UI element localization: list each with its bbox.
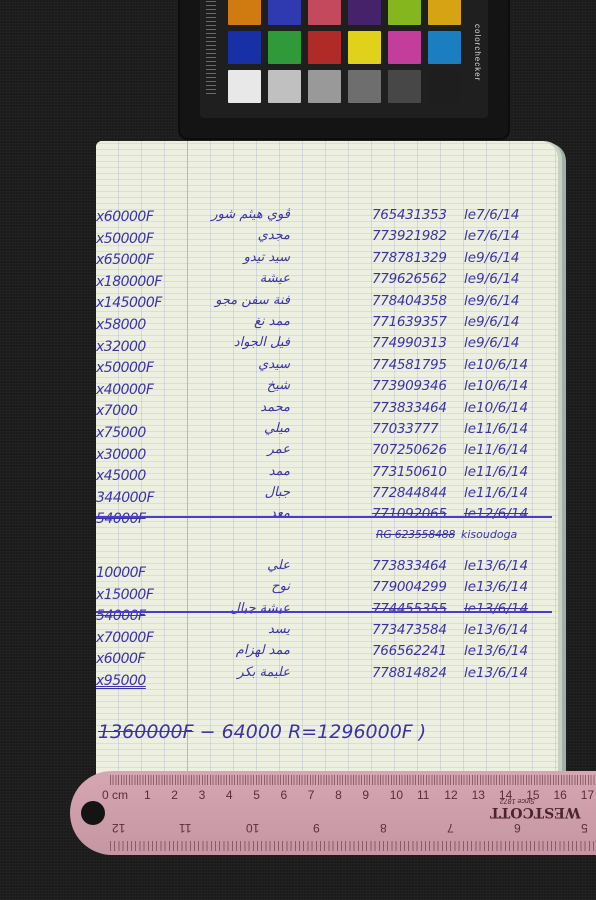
entry-spacer	[196, 544, 552, 558]
amount-entry: x58000	[96, 315, 184, 337]
entry-name: جبال	[265, 485, 290, 500]
entry-date: le11/6/14	[464, 421, 528, 437]
notebook: x60000Fx50000Fx65000Fx180000Fx145000Fx58…	[96, 141, 558, 779]
checker-scale	[206, 0, 216, 94]
ruler-brand-tagline: Since 1872	[500, 797, 535, 804]
amount-entry: x145000F	[96, 293, 184, 315]
ruler-inch-label: 11	[179, 821, 191, 835]
ruler-hang-hole	[81, 801, 105, 825]
entry-phone: RG 623558488	[376, 528, 455, 541]
color-swatch	[428, 31, 461, 64]
entry-name: محمد	[260, 400, 290, 415]
total-deduction: 64000	[222, 721, 282, 743]
entry-name: شيخ	[267, 378, 290, 393]
entry-phone: 77033777	[372, 421, 438, 437]
entry-date: le11/6/14	[464, 442, 528, 458]
ruler-cm-label: 7	[308, 788, 315, 802]
entry-phone: 774990313	[372, 335, 447, 351]
entry-date: le9/6/14	[464, 293, 520, 309]
ledger-entry: علي773833464le13/6/14	[196, 558, 552, 579]
entry-name: ممد نغ	[254, 314, 290, 329]
entry-phone: 774455355	[372, 601, 447, 617]
entry-date: le7/6/14	[464, 207, 520, 223]
ledger-entry: فيل الجواد774990313le9/6/14	[196, 335, 552, 356]
ledger-entry: مجدي773921982le7/6/14	[196, 228, 552, 249]
amount-entry: 54000F	[96, 509, 184, 531]
notebook-page: x60000Fx50000Fx65000Fx180000Fx145000Fx58…	[96, 141, 558, 779]
color-swatch	[348, 31, 381, 64]
entry-name: علي	[267, 558, 290, 573]
ledger-entry: ممد نغ771639357le9/6/14	[196, 314, 552, 335]
entry-date: le10/6/14	[464, 400, 528, 416]
ruler-inch-label: 12	[112, 821, 125, 835]
amount-entry: x50000F	[96, 358, 184, 380]
ruler-cm-label: 11	[417, 788, 429, 802]
ruler: 0 cm1234567891011121314151617 1211109876…	[70, 771, 596, 855]
amount-entry: x75000	[96, 423, 184, 445]
entry-name: عيشة	[260, 271, 290, 286]
ruler-inch-label: 5	[581, 821, 588, 835]
entry-name: ڨوي هيثم شور	[211, 207, 290, 222]
entry-date: kisoudoga	[461, 528, 517, 541]
color-swatch	[228, 31, 261, 64]
ruler-cm-label: 16	[554, 788, 567, 802]
ruler-cm-label: 17	[581, 788, 594, 802]
color-checker-panel: colorchecker	[200, 0, 488, 118]
ledger-entry: يسد773473584le13/6/14	[196, 622, 552, 643]
total-result: R=1296000F	[288, 721, 413, 743]
ruler-inch-ticks	[110, 841, 596, 851]
color-swatch	[348, 0, 381, 25]
ledger-entry: عليمة بكر778814824le13/6/14	[196, 665, 552, 686]
entry-name: سيدي	[258, 357, 290, 372]
entry-date: le13/6/14	[464, 601, 528, 617]
entry-name: ميلي	[264, 421, 290, 436]
ruler-cm-label: 4	[226, 788, 233, 802]
ledger-entry: ميلي77033777le11/6/14	[196, 421, 552, 442]
total-bracket: )	[413, 721, 426, 743]
entry-phone: 779004299	[372, 579, 447, 595]
entry-date: le9/6/14	[464, 314, 520, 330]
entry-name: عيشة جبال	[230, 601, 290, 616]
color-swatch	[428, 70, 461, 103]
color-swatch	[388, 70, 421, 103]
entry-date: le9/6/14	[464, 250, 520, 266]
total-minus: −	[194, 721, 222, 743]
entry-phone: 771639357	[372, 314, 447, 330]
entry-phone: 773921982	[372, 228, 447, 244]
ledger-entry: ممد لهزام766562241le13/6/14	[196, 643, 552, 664]
entry-phone: 771092065	[372, 506, 447, 522]
amount-entry: x180000F	[96, 272, 184, 294]
color-swatch-grid	[228, 0, 461, 103]
ruler-cm-ticks	[110, 775, 596, 785]
entry-name: سيد تيدو	[244, 250, 290, 265]
amount-entry: x6000F	[96, 649, 184, 671]
color-swatch	[308, 0, 341, 25]
ruler-inch-label: 6	[514, 821, 521, 835]
color-swatch	[268, 31, 301, 64]
entry-date: le13/6/14	[464, 558, 528, 574]
entry-phone: 766562241	[372, 643, 447, 659]
ledger-entry: ممد773150610le11/6/14	[196, 464, 552, 485]
color-swatch	[388, 31, 421, 64]
color-swatch	[308, 31, 341, 64]
entry-date: le10/6/14	[464, 378, 528, 394]
ledger-entry: سيدي774581795le10/6/14	[196, 357, 552, 378]
entry-phone: 707250626	[372, 442, 447, 458]
ledger-entry: ڨوي هيثم شور765431353le7/6/14	[196, 207, 552, 228]
entry-phone: 773150610	[372, 464, 447, 480]
amount-entry: x50000F	[96, 229, 184, 251]
color-swatch	[268, 70, 301, 103]
ledger-entry: نوح779004299le13/6/14	[196, 579, 552, 600]
ruler-inch-label: 10	[246, 821, 259, 835]
ledger-entry: عيشة جبال774455355le13/6/14	[196, 601, 552, 622]
entry-date: le11/6/14	[464, 464, 528, 480]
color-swatch	[428, 0, 461, 25]
entry-date: le9/6/14	[464, 271, 520, 287]
amount-entry: x30000	[96, 445, 184, 467]
entry-name: فنة سفن مجو	[215, 293, 290, 308]
ruler-cm-label: 5	[253, 788, 260, 802]
entry-phone: 779626562	[372, 271, 447, 287]
entry-phone: 773909346	[372, 378, 447, 394]
entries-list: ڨوي هيثم شور765431353le7/6/14مجدي7739219…	[196, 207, 552, 686]
entry-date: le13/6/14	[464, 579, 528, 595]
amount-entry: x95000	[96, 671, 184, 693]
entry-date: le11/6/14	[464, 485, 528, 501]
amount-entry: x60000F	[96, 207, 184, 229]
ledger-entry: جبال772844844le11/6/14	[196, 485, 552, 506]
ruler-brand: WESTCOTT	[490, 804, 581, 820]
entry-name: عليمة بكر	[237, 665, 290, 680]
entry-name: يسد	[268, 622, 290, 637]
entry-phone: 774581795	[372, 357, 447, 373]
entry-phone: 773473584	[372, 622, 447, 638]
ruler-cm-label: 9	[362, 788, 369, 802]
entry-phone: 765431353	[372, 207, 447, 223]
amount-entry: x7000	[96, 401, 184, 423]
ruler-inch-label: 9	[313, 821, 320, 835]
amount-entry: 344000F	[96, 488, 184, 510]
total-gross: 1360000F	[98, 721, 194, 743]
color-swatch	[268, 0, 301, 25]
ruler-inch-label: 7	[447, 821, 454, 835]
ruler-cm-label: 10	[390, 788, 403, 802]
color-swatch	[228, 70, 261, 103]
ruler-inch-label: 8	[380, 821, 387, 835]
ledger-entry: عمر707250626le11/6/14	[196, 442, 552, 463]
color-swatch	[308, 70, 341, 103]
entry-phone: 772844844	[372, 485, 447, 501]
ledger-entry: سيد تيدو778781329le9/6/14	[196, 250, 552, 271]
entry-date: le9/6/14	[464, 335, 520, 351]
ledger-entry: معد771092065le12/6/14	[196, 506, 552, 527]
entry-phone: 773833464	[372, 400, 447, 416]
entry-name: مجدي	[258, 228, 290, 243]
ruler-cm-label: 8	[335, 788, 342, 802]
amount-entry: 54000F	[96, 606, 184, 628]
amount-gap	[96, 531, 184, 563]
color-swatch	[348, 70, 381, 103]
ruler-cm-label: 1	[144, 788, 151, 802]
amount-entry: x70000F	[96, 628, 184, 650]
amounts-column: x60000Fx50000Fx65000Fx180000Fx145000Fx58…	[96, 207, 184, 692]
entry-name: ممد	[269, 464, 290, 479]
entry-name: فيل الجواد	[234, 335, 290, 350]
ruler-cm-label: 13	[472, 788, 485, 802]
entry-name: نوح	[271, 579, 290, 594]
entry-phone: 778814824	[372, 665, 447, 681]
amount-entry: x45000	[96, 466, 184, 488]
amount-entry: 10000F	[96, 563, 184, 585]
checker-brand-label: colorchecker	[473, 24, 482, 81]
entry-date: le10/6/14	[464, 357, 528, 373]
amount-entry: x32000	[96, 337, 184, 359]
ruler-cm-label: 2	[171, 788, 178, 802]
color-swatch	[388, 0, 421, 25]
entry-name: معد	[270, 506, 290, 521]
entry-date: le13/6/14	[464, 622, 528, 638]
ledger-total: 1360000F − 64000 R=1296000F )	[98, 721, 426, 743]
ruler-cm-label: 6	[281, 788, 288, 802]
entry-phone: 778781329	[372, 250, 447, 266]
amount-entry: x40000F	[96, 380, 184, 402]
entry-name: ممد لهزام	[236, 643, 290, 658]
ledger-entry: RG 623558488kisoudoga	[196, 528, 552, 544]
ledger-entry: فنة سفن مجو778404358le9/6/14	[196, 293, 552, 314]
entry-phone: 773833464	[372, 558, 447, 574]
color-checker-card: colorchecker	[178, 0, 510, 140]
ruler-cm-label: 12	[444, 788, 457, 802]
color-swatch	[228, 0, 261, 25]
entry-name: عمر	[268, 442, 290, 457]
ledger-entry: محمد773833464le10/6/14	[196, 400, 552, 421]
entry-phone: 778404358	[372, 293, 447, 309]
ledger-entry: عيشة779626562le9/6/14	[196, 271, 552, 292]
ruler-cm-label: 3	[199, 788, 206, 802]
entry-date: le13/6/14	[464, 665, 528, 681]
ledger-entry: شيخ773909346le10/6/14	[196, 378, 552, 399]
entry-date: le13/6/14	[464, 643, 528, 659]
amount-entry: x65000F	[96, 250, 184, 272]
amount-entry: x15000F	[96, 585, 184, 607]
entry-date: le12/6/14	[464, 506, 528, 522]
margin-line	[187, 141, 188, 779]
entry-date: le7/6/14	[464, 228, 520, 244]
ruler-unit-label: 0 cm	[102, 788, 128, 802]
